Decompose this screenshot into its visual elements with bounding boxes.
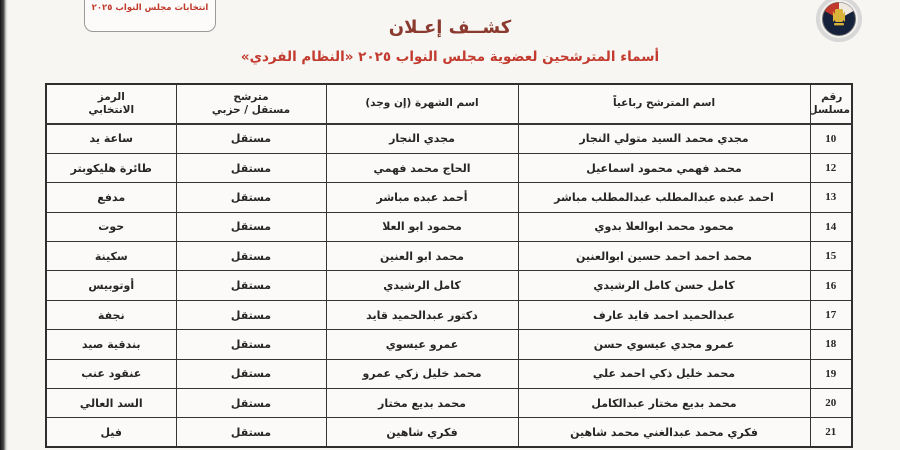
serial-cell: 18 [810, 330, 852, 359]
electoral-symbol-cell: نجفة [46, 300, 176, 329]
alias-cell: دكتور عبدالحميد قايد [326, 300, 518, 329]
header-serial: رقم مسلسل [810, 84, 852, 124]
table-body: 10 مجدي محمد السيد متولي النجار مجدي الن… [46, 124, 852, 447]
alias-cell: مجدي النجار [326, 124, 518, 153]
table-row: 16 كامل حسن كامل الرشيدي كامل الرشيدي مس… [46, 271, 852, 300]
electoral-symbol-cell: طائرة هليكوبتر [46, 153, 176, 182]
serial-cell: 19 [810, 359, 852, 388]
page-subtitle: أسماء المترشحين لعضوية مجلس النواب ٢٠٢٥ … [0, 49, 900, 65]
electoral-symbol-cell: سكينة [46, 242, 176, 271]
electoral-symbol-cell: أوتوبيس [46, 271, 176, 300]
electoral-symbol-cell: السد العالي [46, 389, 176, 418]
header-alias: اسم الشهرة (إن وجد) [326, 84, 518, 124]
candidate-name-cell: مجدي محمد السيد متولي النجار [518, 124, 810, 153]
serial-cell: 15 [810, 242, 852, 271]
candidacy-type-cell: مستقل [176, 242, 326, 271]
election-badge: انتخابات مجلس النواب ٢٠٢٥ انتخابات مجلس … [84, 0, 216, 32]
serial-cell: 14 [810, 212, 852, 241]
header-candidacy-type: مترشح مستقل / حزبي [176, 84, 326, 124]
candidacy-type-cell: مستقل [176, 418, 326, 447]
national-election-authority-emblem-icon [816, 0, 862, 42]
table-row: 20 محمد بديع مختار عبدالكامل محمد بديع م… [46, 389, 852, 418]
candidacy-type-cell: مستقل [176, 389, 326, 418]
scan-edge-shadow [0, 0, 8, 450]
alias-cell: أحمد عبده مباشر [326, 183, 518, 212]
table-row: 17 عبدالحميد احمد قايد عارف دكتور عبدالح… [46, 300, 852, 329]
table-row: 10 مجدي محمد السيد متولي النجار مجدي الن… [46, 124, 852, 153]
table-row: 18 عمرو مجدي عيسوي حسن عمرو عيسوي مستقل … [46, 330, 852, 359]
header-candidate-name: اسم المترشح رباعياً [518, 84, 810, 124]
electoral-symbol-cell: بندقية صيد [46, 330, 176, 359]
candidate-name-cell: عمرو مجدي عيسوي حسن [518, 330, 810, 359]
candidacy-type-cell: مستقل [176, 153, 326, 182]
electoral-symbol-cell: مدفع [46, 183, 176, 212]
candidate-name-cell: عبدالحميد احمد قايد عارف [518, 300, 810, 329]
candidacy-type-cell: مستقل [176, 271, 326, 300]
alias-cell: محمود ابو العلا [326, 212, 518, 241]
electoral-symbol-cell: حوت [46, 212, 176, 241]
serial-cell: 12 [810, 153, 852, 182]
candidacy-type-cell: مستقل [176, 212, 326, 241]
candidacy-type-cell: مستقل [176, 124, 326, 153]
table-row: 19 محمد خليل ذكي احمد علي محمد خليل زكي … [46, 359, 852, 388]
alias-cell: محمد ابو العنين [326, 242, 518, 271]
candidate-name-cell: فكري محمد عبدالغني محمد شاهين [518, 418, 810, 447]
candidate-name-cell: احمد عبده عبدالمطلب عبدالمطلب مباشر [518, 183, 810, 212]
candidacy-type-cell: مستقل [176, 300, 326, 329]
alias-cell: محمد خليل زكي عمرو [326, 359, 518, 388]
candidate-name-cell: محمد بديع مختار عبدالكامل [518, 389, 810, 418]
badge-text: انتخابات مجلس النواب ٢٠٢٥ [92, 3, 209, 13]
candidate-name-cell: كامل حسن كامل الرشيدي [518, 271, 810, 300]
table-row: 13 احمد عبده عبدالمطلب عبدالمطلب مباشر أ… [46, 183, 852, 212]
candidacy-type-cell: مستقل [176, 359, 326, 388]
table-row: 12 محمد فهمي محمود اسماعيل الحاج محمد فه… [46, 153, 852, 182]
electoral-symbol-cell: عنقود عنب [46, 359, 176, 388]
candidate-name-cell: محمد خليل ذكي احمد علي [518, 359, 810, 388]
electoral-symbol-cell: فيل [46, 418, 176, 447]
alias-cell: محمد بديع مختار [326, 389, 518, 418]
candidate-name-cell: محمود محمد ابوالعلا بدوي [518, 212, 810, 241]
serial-cell: 21 [810, 418, 852, 447]
candidacy-type-cell: مستقل [176, 183, 326, 212]
candidates-table: رقم مسلسل اسم المترشح رباعياً اسم الشهرة… [45, 83, 853, 448]
scanned-announcement-page: { "page": { "badge": { "text": "انتخابات… [0, 0, 900, 450]
table-row: 21 فكري محمد عبدالغني محمد شاهين فكري شا… [46, 418, 852, 447]
header-electoral-symbol: الرمز الانتخابي [46, 84, 176, 124]
alias-cell: فكري شاهين [326, 418, 518, 447]
table-row: 15 محمد احمد احمد حسين ابوالعنين محمد اب… [46, 242, 852, 271]
table-header-row: رقم مسلسل اسم المترشح رباعياً اسم الشهرة… [46, 84, 852, 124]
alias-cell: الحاج محمد فهمي [326, 153, 518, 182]
table-row: 14 محمود محمد ابوالعلا بدوي محمود ابو ال… [46, 212, 852, 241]
serial-cell: 20 [810, 389, 852, 418]
serial-cell: 16 [810, 271, 852, 300]
candidacy-type-cell: مستقل [176, 330, 326, 359]
serial-cell: 10 [810, 124, 852, 153]
serial-cell: 13 [810, 183, 852, 212]
serial-cell: 17 [810, 300, 852, 329]
candidate-name-cell: محمد احمد احمد حسين ابوالعنين [518, 242, 810, 271]
alias-cell: عمرو عيسوي [326, 330, 518, 359]
candidate-name-cell: محمد فهمي محمود اسماعيل [518, 153, 810, 182]
alias-cell: كامل الرشيدي [326, 271, 518, 300]
electoral-symbol-cell: ساعة يد [46, 124, 176, 153]
